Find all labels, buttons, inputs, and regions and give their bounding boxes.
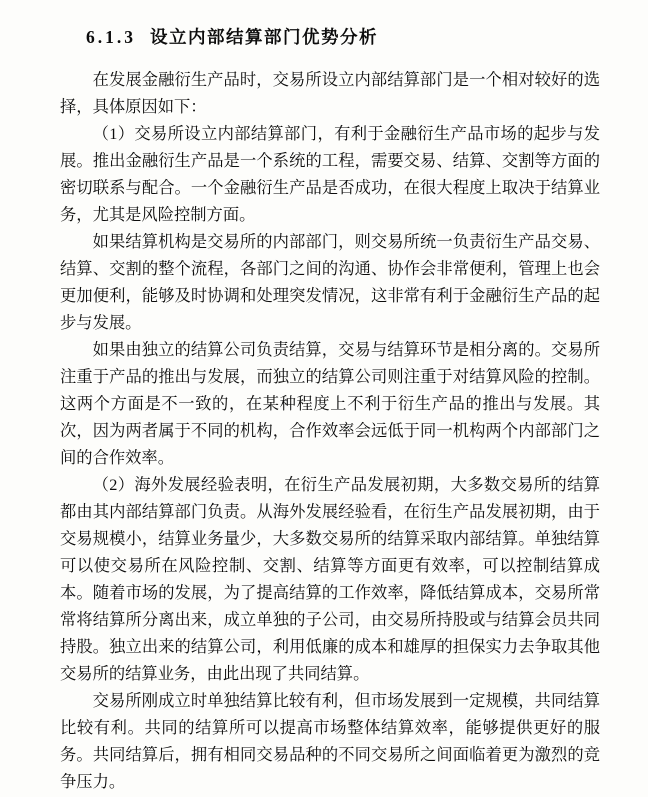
paragraph-point-2: （2）海外发展经验表明，在衍生产品发展初期，大多数交易所的结算都由其内部结算部门… [60,471,600,687]
paragraph-independent-company: 如果由独立的结算公司负责结算，交易与结算环节是相分离的。交易所注重于产品的推出与… [60,336,600,471]
section-title: 设立内部结算部门优势分析 [150,27,378,47]
section-number: 6.1.3 [86,27,136,47]
paragraph-internal-department: 如果结算机构是交易所的内部部门，则交易所统一负责衍生产品交易、结算、交割的整个流… [60,228,600,336]
document-page: 6.1.3设立内部结算部门优势分析 在发展金融衍生产品时，交易所设立内部结算部门… [0,0,648,797]
paragraph-conclusion: 交易所刚成立时单独结算比较有利，但市场发展到一定规模，共同结算比较有利。共同的结… [60,687,600,795]
body-text: 在发展金融衍生产品时，交易所设立内部结算部门是一个相对较好的选择，具体原因如下：… [60,66,600,795]
paragraph-intro: 在发展金融衍生产品时，交易所设立内部结算部门是一个相对较好的选择，具体原因如下： [60,66,600,120]
section-heading: 6.1.3设立内部结算部门优势分析 [86,24,600,50]
paragraph-point-1: （1）交易所设立内部结算部门，有利于金融衍生产品市场的起步与发展。推出金融衍生产… [60,120,600,228]
